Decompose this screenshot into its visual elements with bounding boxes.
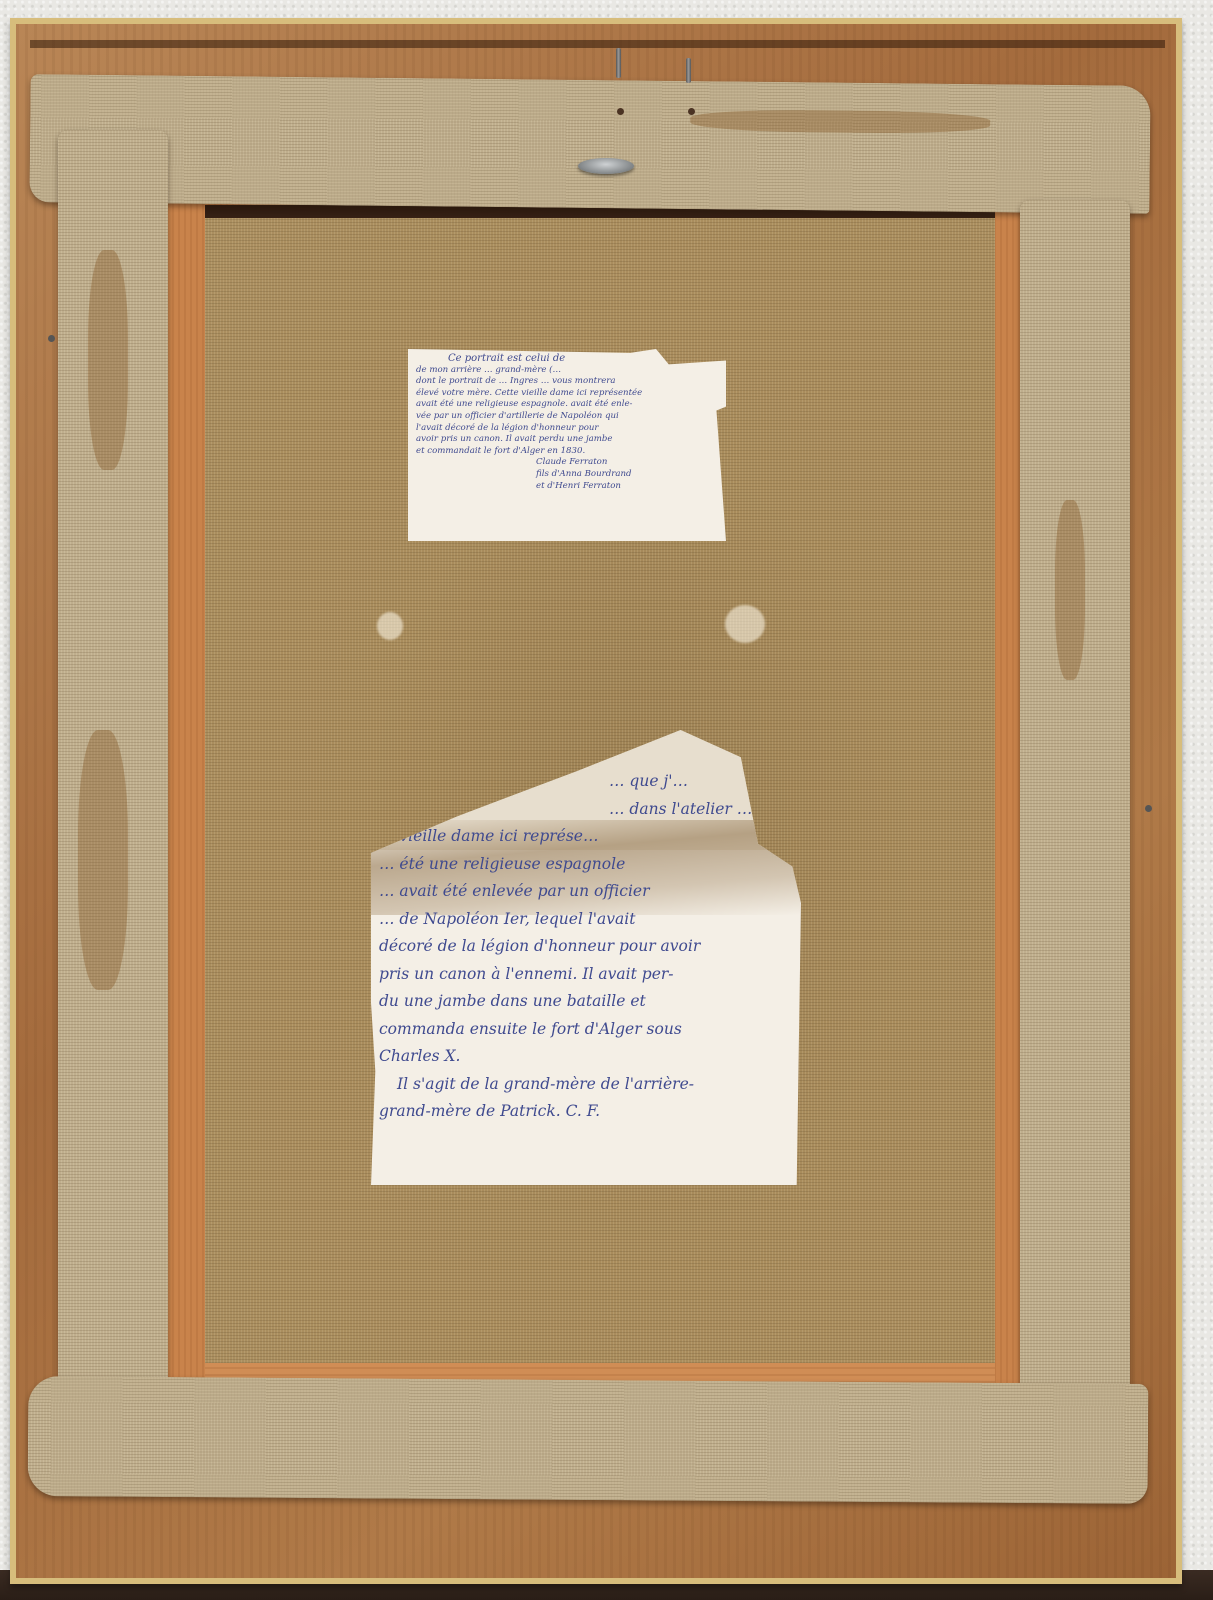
tack-icon — [1145, 805, 1152, 812]
handwritten-note-top: Ce portrait est celui de de mon arrière … — [408, 349, 726, 541]
tack-icon — [617, 108, 624, 115]
note-closing: Il s'agit de la grand-mère de l'arrière- — [379, 1071, 795, 1099]
nail-icon — [686, 58, 691, 83]
note-line: vée par un officier d'artillerie de Napo… — [416, 411, 718, 423]
tack-icon — [688, 108, 695, 115]
tacking-strip-top — [29, 74, 1150, 214]
note-line: dont le portrait de … Ingres … vous mont… — [416, 376, 718, 388]
tacking-strip-left — [58, 130, 168, 1460]
tack-icon — [48, 335, 55, 342]
note-line: commanda ensuite le fort d'Alger sous — [379, 1016, 795, 1044]
hanging-ring-icon — [578, 158, 634, 174]
note-line: du une jambe dans une bataille et — [379, 988, 795, 1016]
note-line: Charles X. — [379, 1043, 795, 1071]
nail-icon — [616, 48, 621, 78]
note-line: … avait été enlevée par un officier — [379, 878, 795, 906]
note-line: … de Napoléon Ier, lequel l'avait — [379, 906, 795, 934]
note-line: … été une religieuse espagnole — [379, 851, 795, 879]
note-line: avoir pris un canon. Il avait perdu une … — [416, 434, 718, 446]
tacking-strip-right — [1020, 200, 1130, 1440]
note-line: de mon arrière … grand-mère (… — [416, 365, 718, 377]
note-signature: et d'Henri Ferraton — [416, 481, 718, 493]
note-line: pris un canon à l'ennemi. Il avait per- — [379, 961, 795, 989]
note-line: avait été une religieuse espagnole. avai… — [416, 399, 718, 411]
canvas-stain — [377, 612, 403, 640]
tacking-strip-bottom — [28, 1376, 1149, 1504]
note-signature: fils d'Anna Bourdrand — [416, 469, 718, 481]
note-closing: grand-mère de Patrick. C. F. — [379, 1098, 795, 1126]
note-signature: Claude Ferraton — [416, 457, 718, 469]
note-line: … vieille dame ici représe… — [379, 823, 795, 851]
note-line: élevé votre mère. Cette vieille dame ici… — [416, 388, 718, 400]
canvas-stain — [725, 605, 765, 643]
note-line: décoré de la légion d'honneur pour avoir — [379, 933, 795, 961]
note-line: et commandait le fort d'Alger en 1830. — [416, 446, 718, 458]
note-line: l'avait décoré de la légion d'honneur po… — [416, 423, 718, 435]
